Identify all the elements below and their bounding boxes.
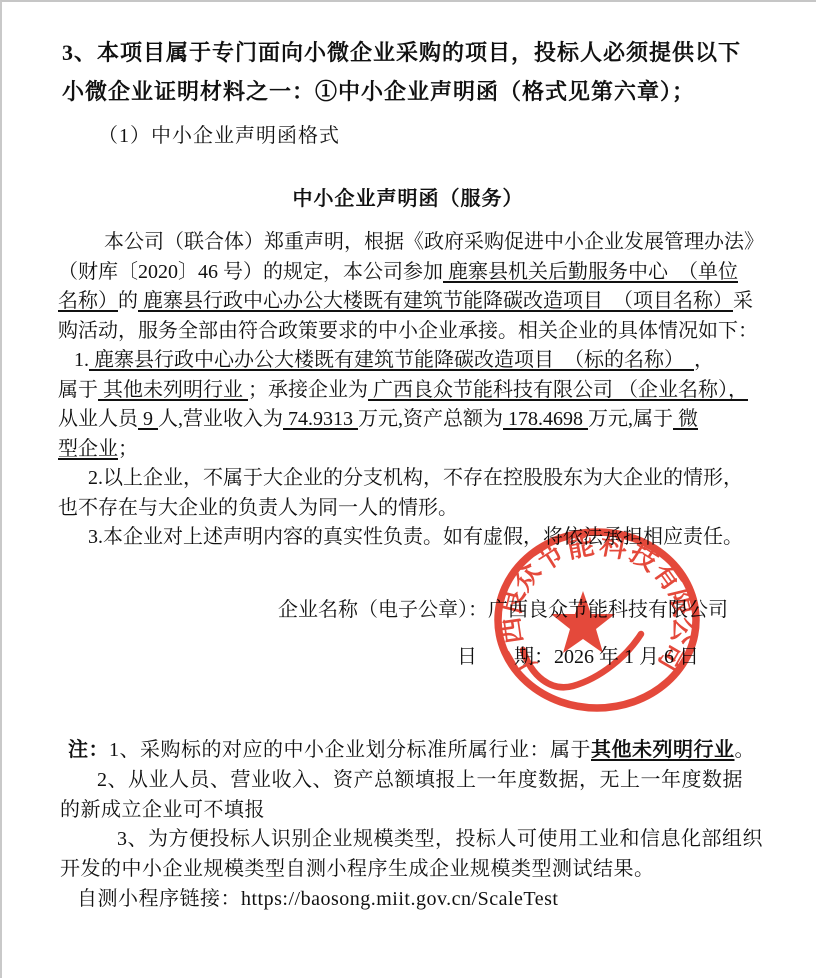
document-page: 3、本项目属于专门面向小微企业采购的项目，投标人必须提供以下小微企业证明材料之一… xyxy=(0,0,816,978)
text-line: 本公司（联合体）郑重声明，根据《政府采购促进中小企业发展管理办法》 xyxy=(0,228,816,258)
text-line: 1. 鹿寨县行政中心办公大楼既有建筑节能降碳改造项目 （标的名称） ， xyxy=(0,346,816,376)
text-line: 也不存在与大企业的负责人为同一人的情形。 xyxy=(0,494,816,524)
seal-char: 众 xyxy=(506,557,546,596)
text-run: 属于 xyxy=(58,379,98,401)
text-run: 自测小程序链接： xyxy=(77,888,241,910)
signature-block: 企业名称（电子公章）：广西良众节能科技有限公司日期：2026 年 1 月 6 日 xyxy=(0,596,816,672)
text-run: 开发的中小企业规模类型自测小程序生成企业规模类型测试结果。 xyxy=(60,858,655,880)
text-line: 3、本项目属于专门面向小微企业采购的项目，投标人必须提供以下 xyxy=(0,33,816,72)
notes-block: 注：1、采购标的对应的中小企业划分标准所属行业：属于其他未列明行业。2、从业人员… xyxy=(0,736,816,915)
subsection-1-heading: （1）中小企业声明函格式 xyxy=(0,121,816,151)
text-run: ；承接企业为 xyxy=(248,379,368,401)
text-run: 2.以上企业，不属于大企业的分支机构，不存在控股股东为大企业的情形， xyxy=(88,467,743,489)
company-seal-label: 企业名称（电子公章）： xyxy=(278,599,488,621)
text-line: 型企业； xyxy=(0,435,816,465)
text-run: （1）中小企业声明函格式 xyxy=(98,125,340,147)
text-run: 74.9313 xyxy=(283,408,358,430)
text-line: 从业人员 9 人,营业收入为 74.9313 万元,资产总额为 178.4698… xyxy=(0,405,816,435)
text-line: 日期：2026 年 1 月 6 日 xyxy=(0,643,816,672)
text-run: 的新成立企业可不填报 xyxy=(60,799,265,821)
text-run: 万元,属于 xyxy=(588,408,673,430)
scaletest-url: https://baosong.miit.gov.cn/ScaleTest xyxy=(241,888,558,910)
text-run: 1. xyxy=(74,349,89,371)
text-run: 名称） xyxy=(58,290,118,312)
text-line: （财库〔2020〕46 号）的规定，本公司参加 鹿寨县机关后勤服务中心 （单位 xyxy=(0,258,816,288)
text-run: ， xyxy=(694,349,714,371)
seal-char: 有 xyxy=(648,557,688,596)
text-run: 人,营业收入为 xyxy=(158,408,283,430)
text-run: 鹿寨县行政中心办公大楼既有建筑节能降碳改造项目 （项目名称） xyxy=(138,290,733,312)
text-run: 其他未列明行业 xyxy=(98,379,248,401)
text-line: 小微企业证明材料之一：①中小企业声明函（格式见第六章）； xyxy=(0,72,816,111)
date-value: 期：2026 年 1 月 6 日 xyxy=(514,646,699,668)
text-line: 名称）的 鹿寨县行政中心办公大楼既有建筑节能降碳改造项目 （项目名称）采 xyxy=(0,287,816,317)
text-run: ； xyxy=(118,438,138,460)
text-run: 2、从业人员、营业收入、资产总额填报上一年度数据，无上一年度数据 xyxy=(97,769,743,791)
text-run: 鹿寨县机关后勤服务中心 （单位 xyxy=(443,261,738,283)
declaration-title-text: 中小企业声明函（服务） xyxy=(293,188,524,210)
text-line: 企业名称（电子公章）：广西良众节能科技有限公司 xyxy=(0,596,816,625)
text-line: 开发的中小企业规模类型自测小程序生成企业规模类型测试结果。 xyxy=(0,855,816,885)
text-line: 2、从业人员、营业收入、资产总额填报上一年度数据，无上一年度数据 xyxy=(0,766,816,796)
text-run: 鹿寨县行政中心办公大楼既有建筑节能降碳改造项目 （标的名称） xyxy=(89,349,694,371)
declaration-title: 中小企业声明函（服务） xyxy=(0,182,816,211)
text-run: 注： xyxy=(68,739,109,761)
text-run: 万元,资产总额为 xyxy=(358,408,503,430)
text-line: （1）中小企业声明函格式 xyxy=(0,121,816,151)
text-run: 3、为方便投标人识别企业规模类型，投标人可使用工业和信息化部组织 xyxy=(117,828,763,850)
text-run: 型企业 xyxy=(58,438,118,460)
company-name: 广西良众节能科技有限公司 xyxy=(488,599,728,621)
text-run: 小微企业证明材料之一：①中小企业声明函（格式见第六章）； xyxy=(62,79,695,104)
text-run: 3.本企业对上述声明内容的真实性负责。如有虚假，将依法承担相应责任。 xyxy=(88,526,743,548)
text-run: 也不存在与大企业的负责人为同一人的情形。 xyxy=(58,497,458,519)
text-run: 微 xyxy=(673,408,698,430)
text-line: 属于 其他未列明行业 ；承接企业为 广西良众节能科技有限公司 （企业名称）， xyxy=(0,376,816,406)
text-line: 注：1、采购标的对应的中小企业划分标准所属行业：属于其他未列明行业。 xyxy=(0,736,816,766)
text-run: 购活动，服务全部由符合政策要求的中小企业承接。相关企业的具体情况如下： xyxy=(58,320,758,342)
text-run: 。 xyxy=(735,739,756,761)
text-run: 178.4698 xyxy=(503,408,588,430)
declaration-body: 本公司（联合体）郑重声明，根据《政府采购促进中小企业发展管理办法》（财库〔202… xyxy=(0,228,816,553)
text-line: 2.以上企业，不属于大企业的分支机构，不存在控股股东为大企业的情形， xyxy=(0,464,816,494)
text-line: 的新成立企业可不填报 xyxy=(0,796,816,826)
text-run: 的 xyxy=(118,290,138,312)
text-run: 广西良众节能科技有限公司 （企业名称）， xyxy=(368,379,748,401)
text-run: 其他未列明行业 xyxy=(591,739,735,761)
text-line: 自测小程序链接：https://baosong.miit.gov.cn/Scal… xyxy=(0,885,816,915)
text-run: 采 xyxy=(733,290,753,312)
text-run: （财库〔2020〕46 号）的规定，本公司参加 xyxy=(58,261,443,283)
text-line: 购活动，服务全部由符合政策要求的中小企业承接。相关企业的具体情况如下： xyxy=(0,317,816,347)
text-run: 本公司（联合体）郑重声明，根据《政府采购促进中小企业发展管理办法》 xyxy=(104,231,764,253)
text-run: 从业人员 xyxy=(58,408,138,430)
text-run: 3、本项目属于专门面向小微企业采购的项目，投标人必须提供以下 xyxy=(62,40,741,65)
text-line: 3.本企业对上述声明内容的真实性负责。如有虚假，将依法承担相应责任。 xyxy=(0,523,816,553)
date-label: 日 xyxy=(457,646,477,668)
text-run: 9 xyxy=(138,408,158,430)
text-run: 1、采购标的对应的中小企业划分标准所属行业：属于 xyxy=(109,739,591,761)
text-line: 3、为方便投标人识别企业规模类型，投标人可使用工业和信息化部组织 xyxy=(0,825,816,855)
section-3-heading: 3、本项目属于专门面向小微企业采购的项目，投标人必须提供以下小微企业证明材料之一… xyxy=(0,33,816,111)
